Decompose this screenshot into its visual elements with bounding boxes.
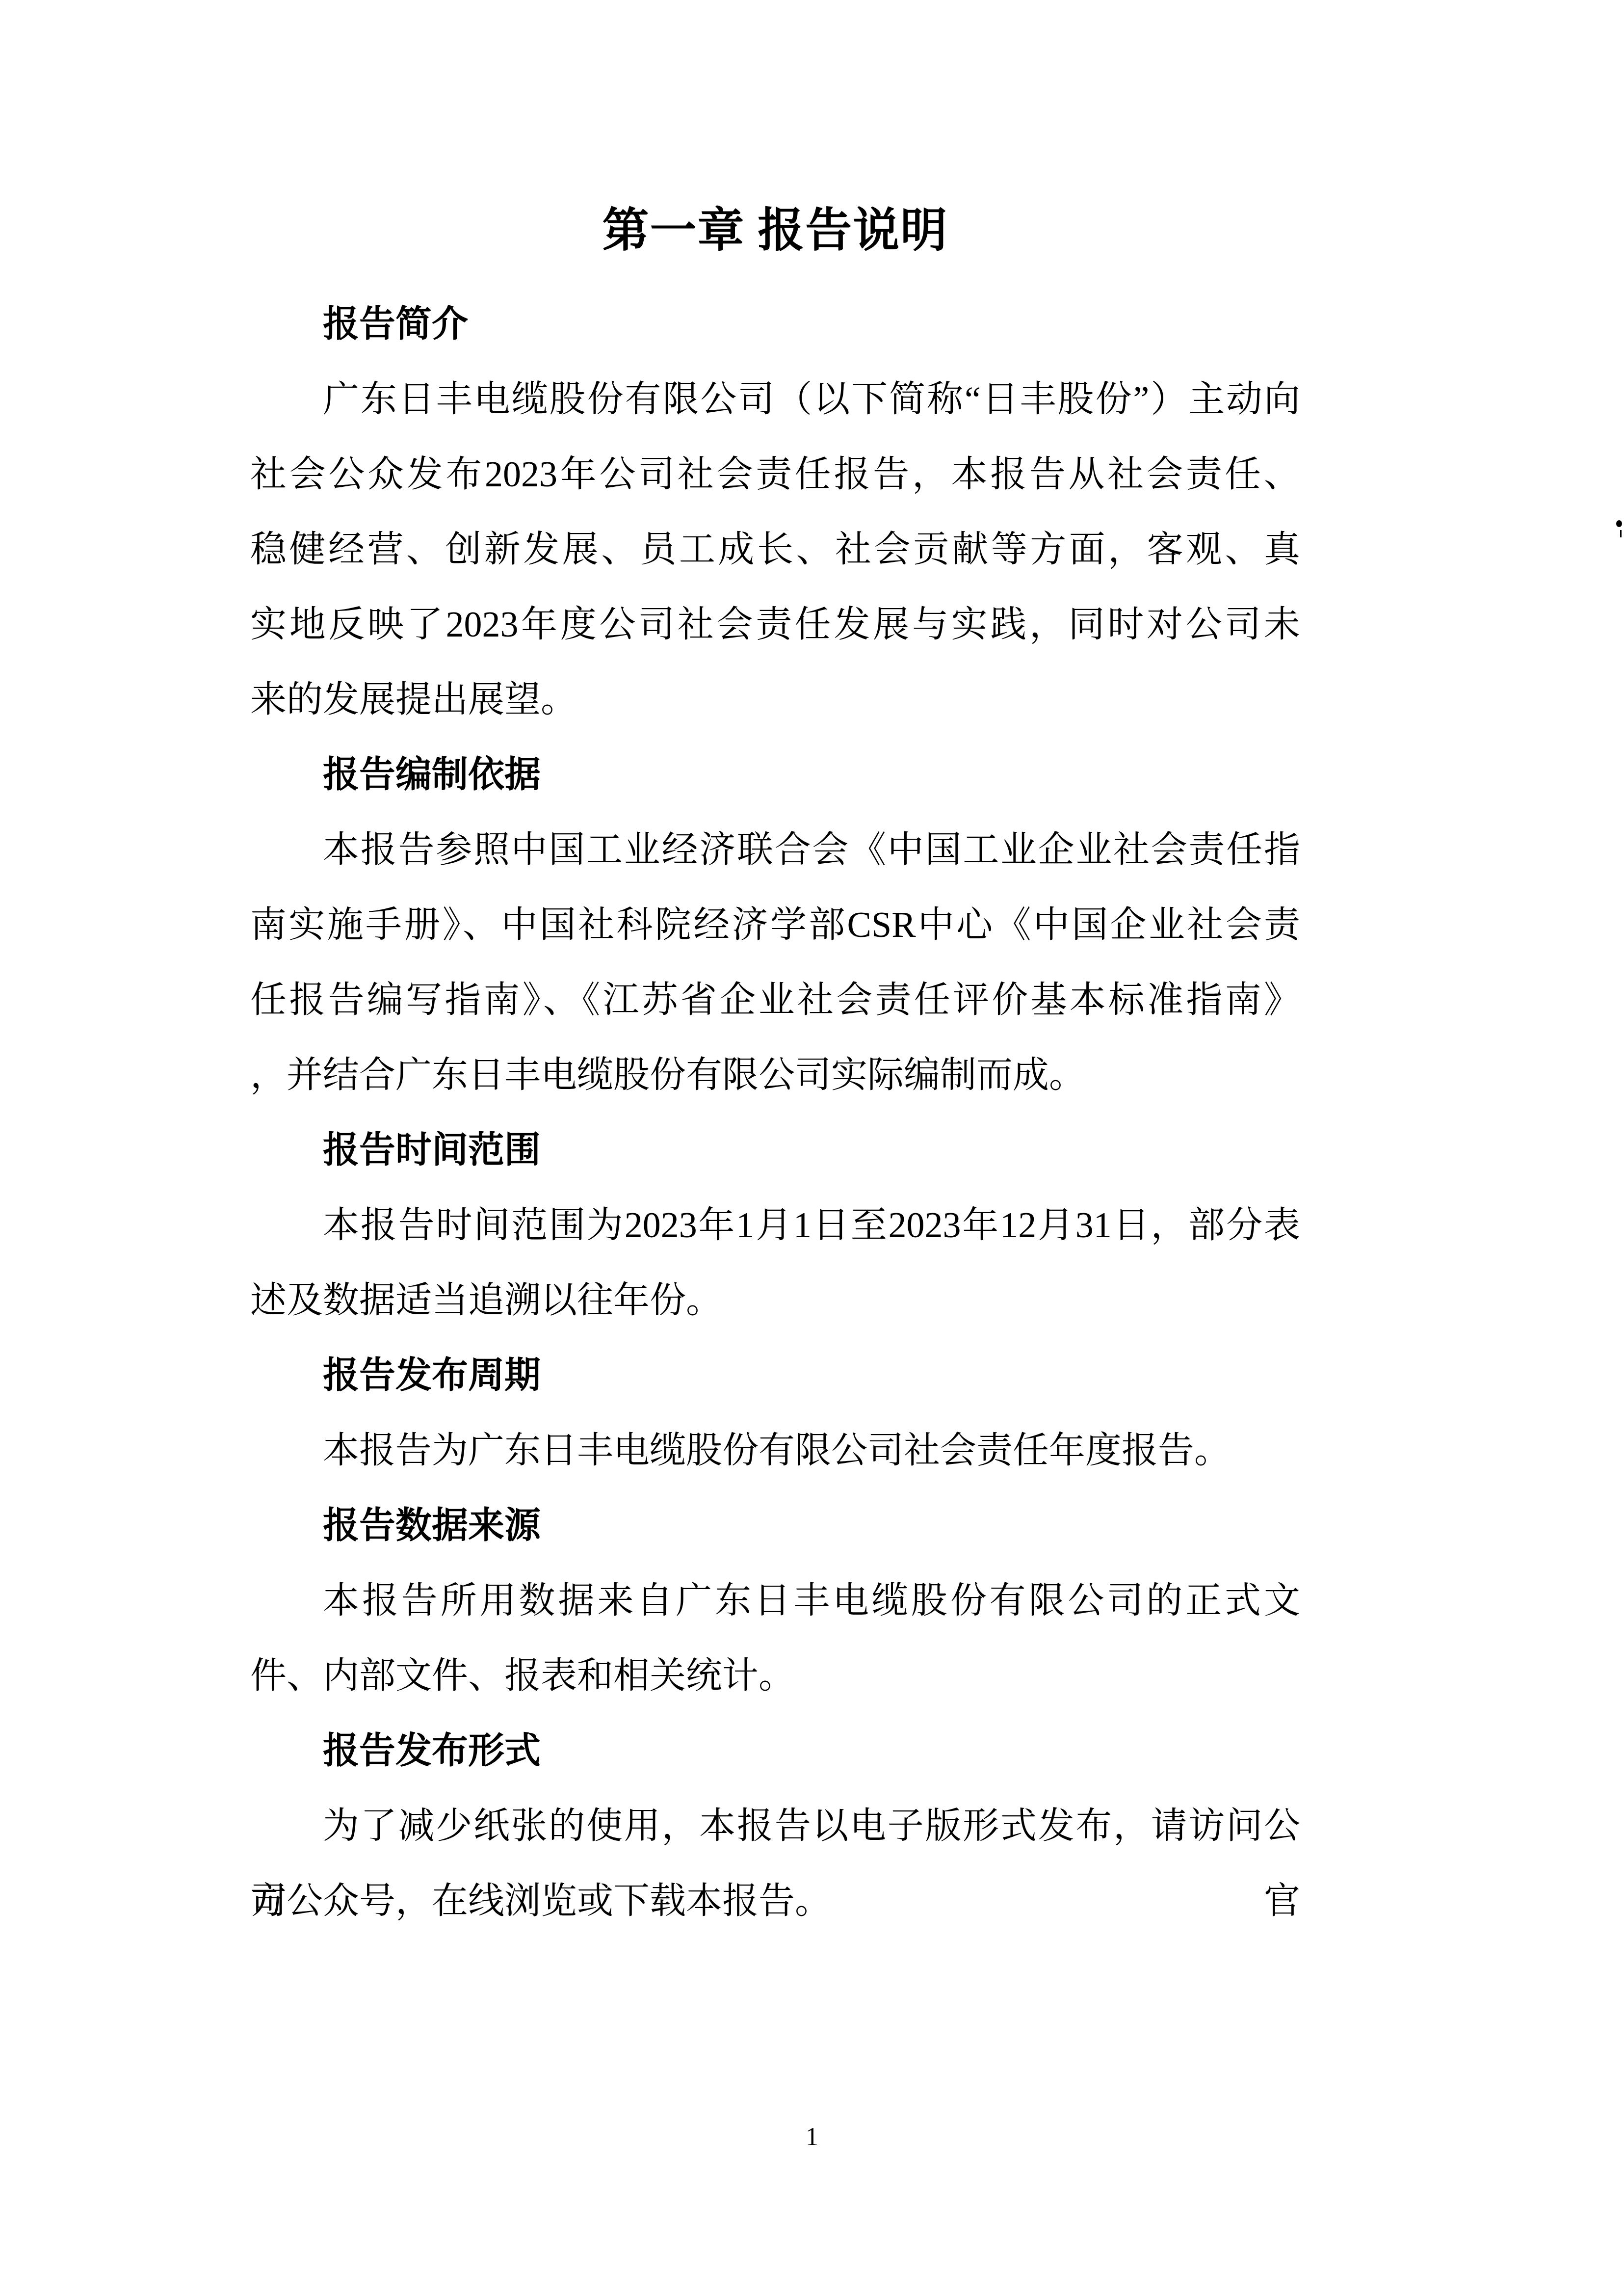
section-heading: 报告简介: [250, 287, 1300, 362]
sections-container: 报告简介广东日丰电缆股份有限公司（以下简称“日丰股份”）主动向社会公众发布202…: [250, 287, 1300, 1939]
text-line: ，并结合广东日丰电缆股份有限公司实际编制而成。: [250, 1038, 1300, 1113]
section: 报告编制依据本报告参照中国工业经济联合会《中国工业企业社会责任指南实施手册》、中…: [250, 738, 1300, 1113]
section: 报告发布形式为了减少纸张的使用，本报告以电子版形式发布，请访问公司官方公众号，在…: [250, 1714, 1300, 1939]
report-page: 第一章 报告说明 报告简介广东日丰电缆股份有限公司（以下简称“日丰股份”）主动向…: [0, 0, 1624, 2285]
text-line: 本报告时间范围为2023年1月1日至2023年12月31日，部分表: [250, 1188, 1300, 1263]
text-line: 任报告编写指南》、《江苏省企业社会责任评价基本标准指南》: [250, 963, 1300, 1038]
scan-ink-dot-artifact: [1616, 520, 1622, 527]
section-heading: 报告数据来源: [250, 1488, 1300, 1564]
text-line: 社会公众发布2023年公司社会责任报告，本报告从社会责任、: [250, 437, 1300, 512]
section: 报告简介广东日丰电缆股份有限公司（以下简称“日丰股份”）主动向社会公众发布202…: [250, 287, 1300, 738]
text-line: 南实施手册》、中国社科院经济学部CSR中心《中国企业社会责: [250, 888, 1300, 963]
section: 报告数据来源本报告所用数据来自广东日丰电缆股份有限公司的正式文件、内部文件、报表…: [250, 1488, 1300, 1714]
scan-ink-dash-artifact: [1620, 530, 1622, 537]
text-line: 实地反映了2023年度公司社会责任发展与实践，同时对公司未: [250, 587, 1300, 663]
text-line: 稳健经营、创新发展、员工成长、社会贡献等方面，客观、真: [250, 512, 1300, 587]
section-heading: 报告时间范围: [250, 1113, 1300, 1188]
text-line: 本报告为广东日丰电缆股份有限公司社会责任年度报告。: [250, 1413, 1300, 1488]
section-heading: 报告编制依据: [250, 738, 1300, 813]
page-number: 1: [0, 2123, 1624, 2152]
text-line: 本报告所用数据来自广东日丰电缆股份有限公司的正式文: [250, 1564, 1300, 1639]
section: 报告时间范围本报告时间范围为2023年1月1日至2023年12月31日，部分表述…: [250, 1113, 1300, 1338]
text-line: 广东日丰电缆股份有限公司（以下简称“日丰股份”）主动向: [250, 362, 1300, 437]
text-line: 本报告参照中国工业经济联合会《中国工业企业社会责任指: [250, 813, 1300, 888]
section-heading: 报告发布周期: [250, 1338, 1300, 1413]
text-line: 来的发展提出展望。: [250, 663, 1300, 738]
text-line: 件、内部文件、报表和相关统计。: [250, 1639, 1300, 1714]
section-heading: 报告发布形式: [250, 1714, 1300, 1789]
chapter-title: 第一章 报告说明: [250, 189, 1300, 272]
text-line: 述及数据适当追溯以往年份。: [250, 1263, 1300, 1338]
text-line: 为了减少纸张的使用，本报告以电子版形式发布，请访问公司官: [250, 1789, 1300, 1864]
section: 报告发布周期本报告为广东日丰电缆股份有限公司社会责任年度报告。: [250, 1338, 1300, 1488]
page-content: 第一章 报告说明 报告简介广东日丰电缆股份有限公司（以下简称“日丰股份”）主动向…: [250, 189, 1300, 1939]
